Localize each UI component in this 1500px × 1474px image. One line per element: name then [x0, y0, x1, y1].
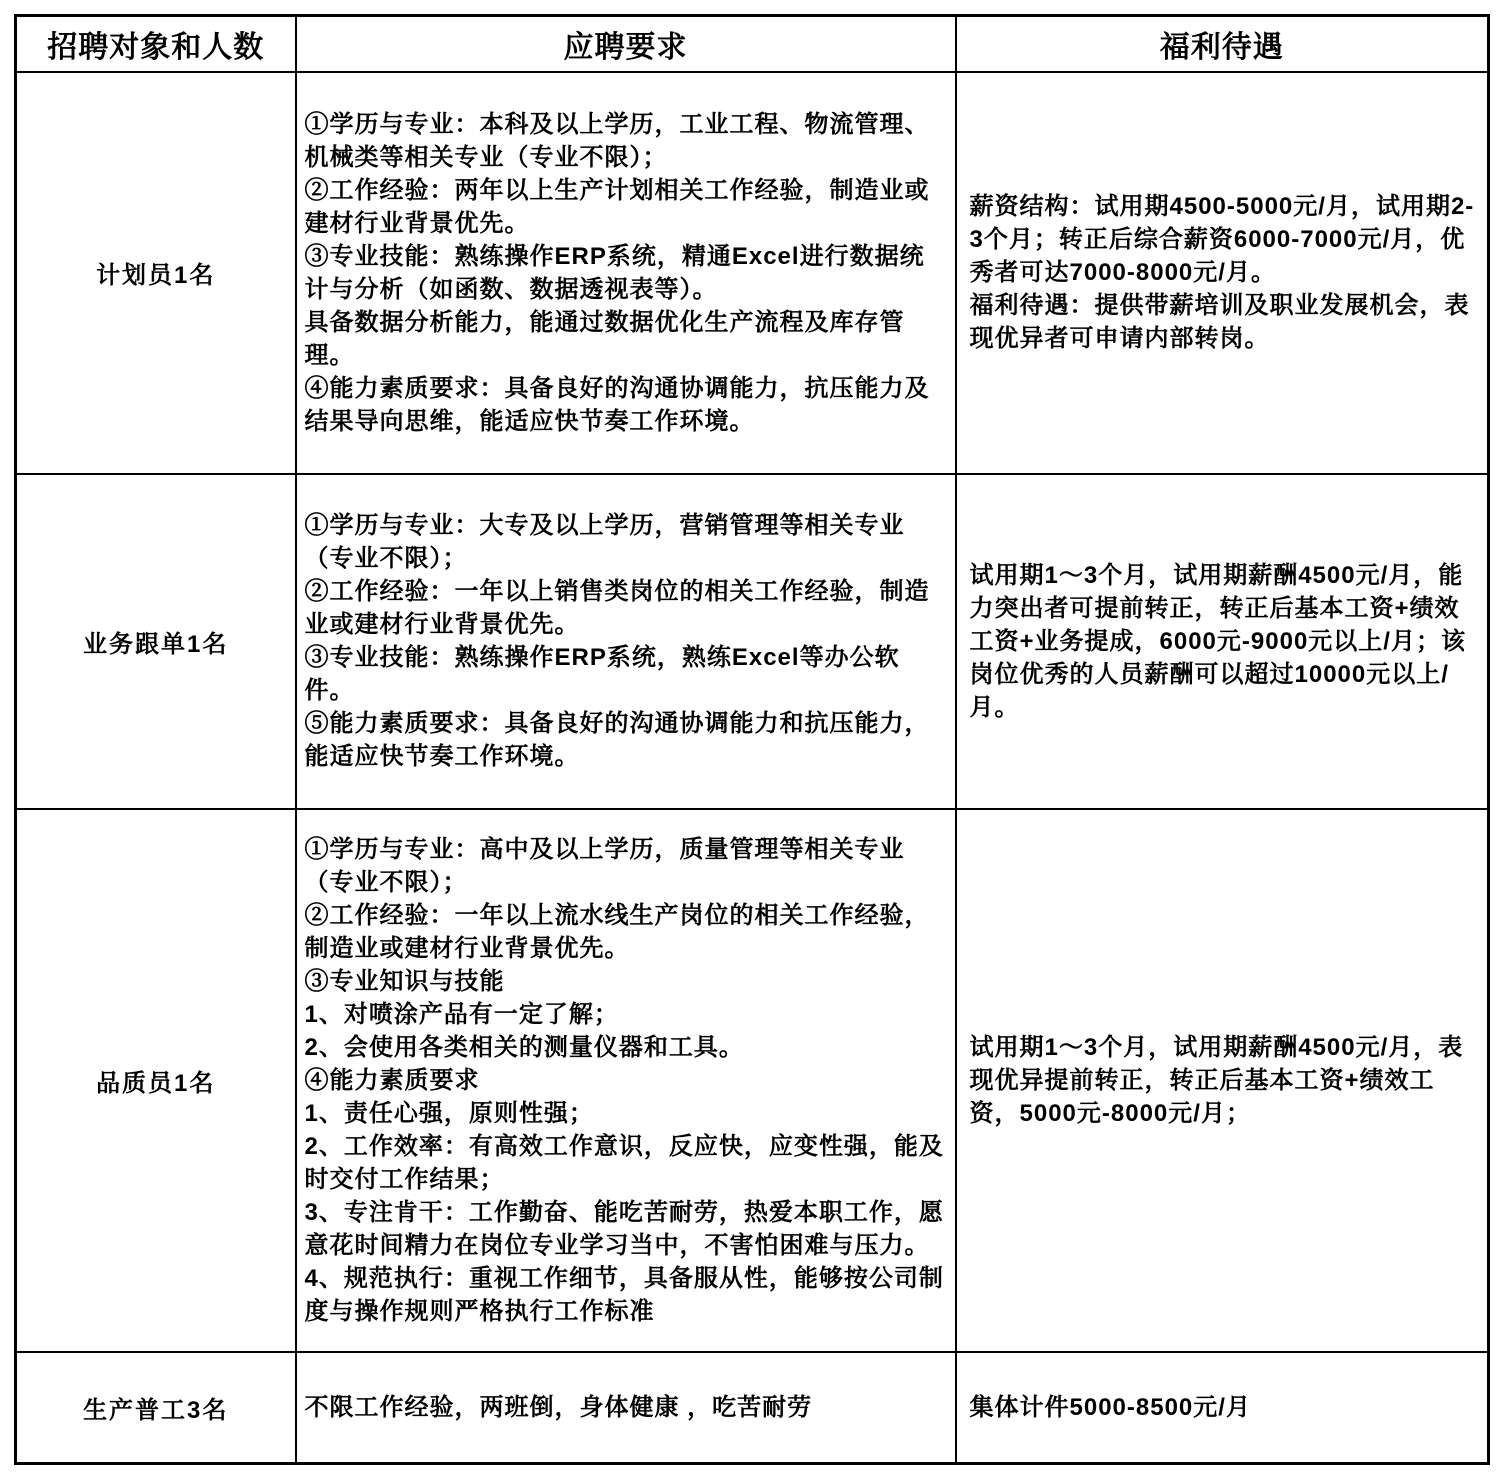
benefits-cell: 薪资结构：试用期4500-5000元/月，试用期2-3个月；转正后综合薪资600… [956, 72, 1489, 474]
text-line: 1、对喷涂产品有一定了解； [305, 998, 947, 1031]
header-benefits: 福利待遇 [956, 16, 1489, 72]
header-position-count: 招聘对象和人数 [16, 16, 296, 72]
text-line: 具备数据分析能力，能通过数据优化生产流程及库存管理。 [305, 306, 947, 372]
benefits-cell: 试用期1～3个月，试用期薪酬4500元/月，能力突出者可提前转正，转正后基本工资… [956, 474, 1489, 809]
text-line: ④能力素质要求 [305, 1064, 947, 1097]
text-line: 1、责任心强，原则性强； [305, 1097, 947, 1130]
benefits-cell: 集体计件5000-8500元/月 [956, 1352, 1489, 1464]
text-line: 薪资结构：试用期4500-5000元/月，试用期2-3个月；转正后综合薪资600… [970, 190, 1480, 289]
text-line: 2、会使用各类相关的测量仪器和工具。 [305, 1031, 947, 1064]
requirements-cell: ①学历与专业：高中及以上学历，质量管理等相关专业（专业不限）；②工作经验：一年以… [296, 809, 956, 1352]
table-row-production-worker: 生产普工3名 不限工作经验，两班倒，身体健康 ，吃苦耐劳 集体计件5000-85… [16, 1352, 1489, 1464]
recruitment-sheet: 招聘对象和人数 应聘要求 福利待遇 计划员1名 ①学历与专业：本科及以上学历，工… [14, 14, 1490, 1465]
text-line: ⑤能力素质要求：具备良好的沟通协调能力和抗压能力，能适应快节奏工作环境。 [305, 707, 947, 773]
text-line: ②工作经验：一年以上销售类岗位的相关工作经验，制造业或建材行业背景优先。 [305, 575, 947, 641]
text-line: 试用期1～3个月，试用期薪酬4500元/月，能力突出者可提前转正，转正后基本工资… [970, 559, 1480, 724]
position-cell: 计划员1名 [16, 72, 296, 474]
text-line: ①学历与专业：大专及以上学历，营销管理等相关专业（专业不限）； [305, 509, 947, 575]
table-row-quality-inspector: 品质员1名 ①学历与专业：高中及以上学历，质量管理等相关专业（专业不限）；②工作… [16, 809, 1489, 1352]
header-requirements: 应聘要求 [296, 16, 956, 72]
text-line: ①学历与专业：本科及以上学历，工业工程、物流管理、机械类等相关专业（专业不限）； [305, 108, 947, 174]
text-line: ③专业技能：熟练操作ERP系统，精通Excel进行数据统计与分析（如函数、数据透… [305, 240, 947, 306]
requirements-cell: 不限工作经验，两班倒，身体健康 ，吃苦耐劳 [296, 1352, 956, 1464]
header-row: 招聘对象和人数 应聘要求 福利待遇 [16, 16, 1489, 72]
position-cell: 品质员1名 [16, 809, 296, 1352]
requirements-cell: ①学历与专业：本科及以上学历，工业工程、物流管理、机械类等相关专业（专业不限）；… [296, 72, 956, 474]
text-line: 试用期1～3个月，试用期薪酬4500元/月，表现优异提前转正，转正后基本工资+绩… [970, 1031, 1480, 1130]
text-line: 4、规范执行：重视工作细节，具备服从性，能够按公司制度与操作规则严格执行工作标准 [305, 1262, 947, 1328]
benefits-cell: 试用期1～3个月，试用期薪酬4500元/月，表现优异提前转正，转正后基本工资+绩… [956, 809, 1489, 1352]
position-cell: 生产普工3名 [16, 1352, 296, 1464]
text-line: 福利待遇：提供带薪培训及职业发展机会，表现优异者可申请内部转岗。 [970, 289, 1480, 355]
recruitment-table: 招聘对象和人数 应聘要求 福利待遇 计划员1名 ①学历与专业：本科及以上学历，工… [14, 14, 1490, 1465]
text-line: ②工作经验：一年以上流水线生产岗位的相关工作经验，制造业或建材行业背景优先。 [305, 899, 947, 965]
text-line: 集体计件5000-8500元/月 [970, 1391, 1480, 1424]
requirements-cell: ①学历与专业：大专及以上学历，营销管理等相关专业（专业不限）；②工作经验：一年以… [296, 474, 956, 809]
text-line: ②工作经验：两年以上生产计划相关工作经验，制造业或建材行业背景优先。 [305, 174, 947, 240]
text-line: 3、专注肯干：工作勤奋、能吃苦耐劳，热爱本职工作，愿意花时间精力在岗位专业学习当… [305, 1196, 947, 1262]
table-row-planner: 计划员1名 ①学历与专业：本科及以上学历，工业工程、物流管理、机械类等相关专业（… [16, 72, 1489, 474]
text-line: ④能力素质要求：具备良好的沟通协调能力，抗压能力及结果导向思维，能适应快节奏工作… [305, 372, 947, 438]
table-row-sales-follow-up: 业务跟单1名 ①学历与专业：大专及以上学历，营销管理等相关专业（专业不限）；②工… [16, 474, 1489, 809]
position-cell: 业务跟单1名 [16, 474, 296, 809]
text-line: ③专业知识与技能 [305, 965, 947, 998]
text-line: 不限工作经验，两班倒，身体健康 ，吃苦耐劳 [305, 1391, 947, 1424]
text-line: ①学历与专业：高中及以上学历，质量管理等相关专业（专业不限）； [305, 833, 947, 899]
text-line: 2、工作效率：有高效工作意识，反应快，应变性强，能及时交付工作结果； [305, 1130, 947, 1196]
text-line: ③专业技能：熟练操作ERP系统，熟练Excel等办公软件。 [305, 641, 947, 707]
